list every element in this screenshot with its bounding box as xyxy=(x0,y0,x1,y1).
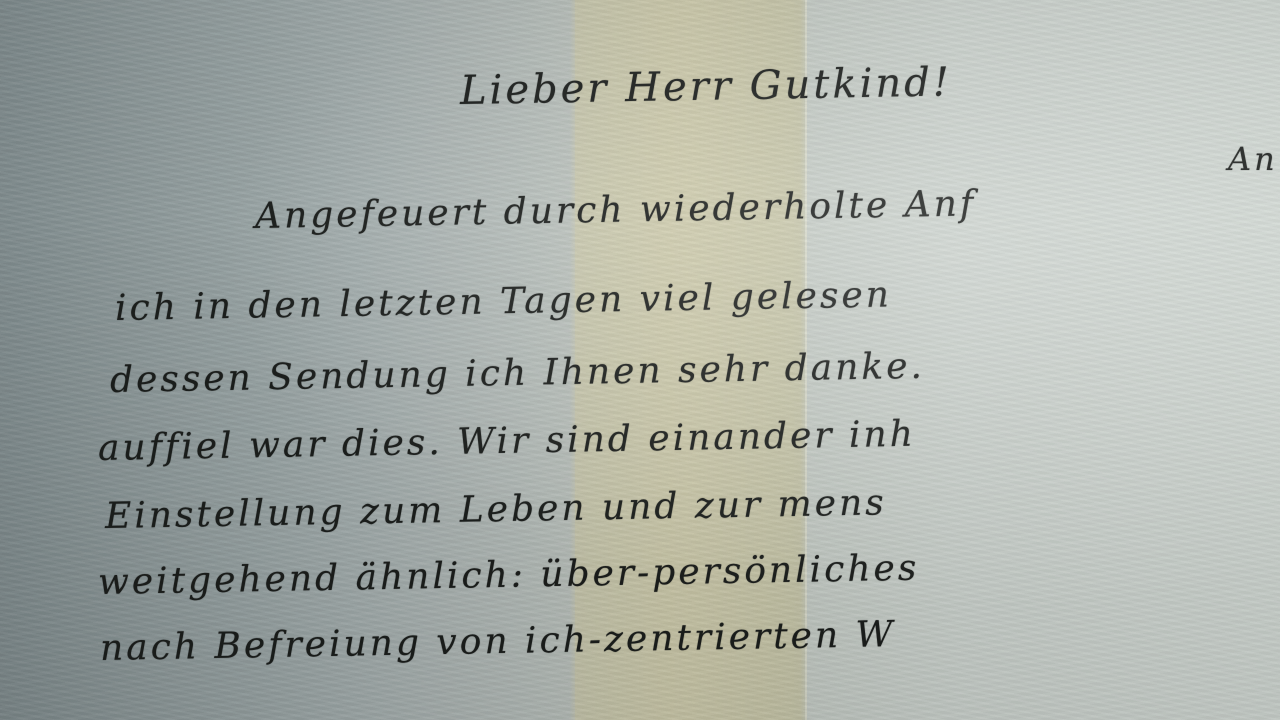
margin-insert: An xyxy=(1228,140,1278,178)
letter-photo: Lieber Herr Gutkind! An Angefeuert durch… xyxy=(0,0,1280,720)
letter-salutation: Lieber Herr Gutkind! xyxy=(460,59,953,114)
letter-line-1: Angefeuert durch wiederholte Anf xyxy=(255,183,977,237)
